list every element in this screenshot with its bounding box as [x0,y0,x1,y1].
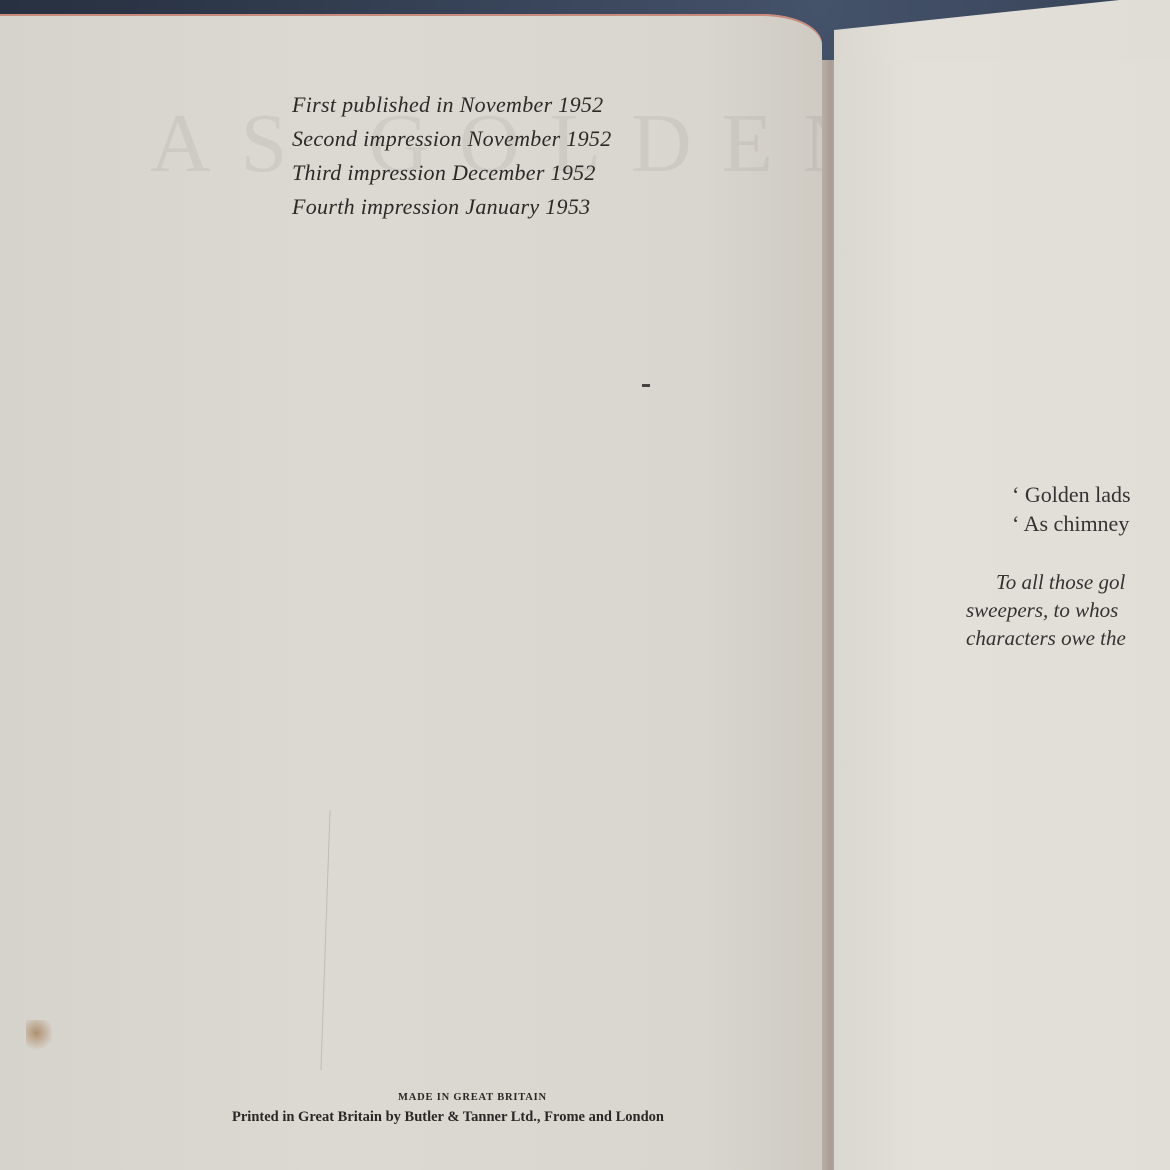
imprint-line: Third impression December 1952 [292,156,612,190]
dedication-line: characters owe the [966,624,1126,652]
foxing-stain [26,1020,52,1052]
imprint-line: First published in November 1952 [292,88,612,122]
ink-mark [642,384,650,387]
epigraph: ‘ Golden lads ‘ As chimney [1012,480,1131,538]
imprint-line: Second impression November 1952 [292,122,612,156]
dedication-line: To all those gol [966,568,1126,596]
made-in-label: MADE IN GREAT BRITAIN [398,1092,547,1103]
dedication-line: sweepers, to whos [966,596,1126,624]
dedication: To all those gol sweepers, to whos chara… [966,568,1126,652]
imprint-line: Fourth impression January 1953 [292,190,612,224]
epigraph-line: ‘ As chimney [1012,509,1131,538]
printer-credit: Printed in Great Britain by Butler & Tan… [232,1109,664,1126]
epigraph-line: ‘ Golden lads [1012,480,1131,509]
imprint-history: First published in November 1952 Second … [292,88,612,224]
